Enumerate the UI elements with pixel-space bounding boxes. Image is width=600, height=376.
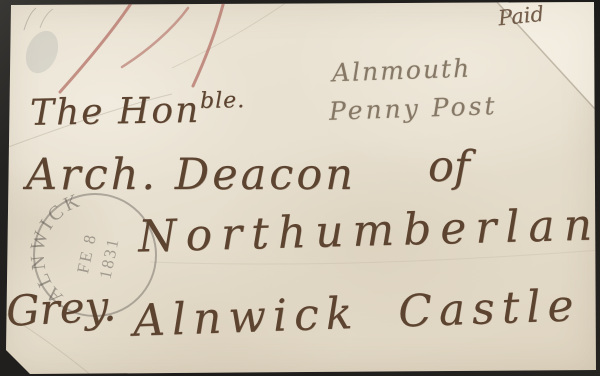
ink-smudge <box>20 26 64 78</box>
frank-signature: Grey. <box>5 281 117 336</box>
red-charge-stroke <box>60 2 132 92</box>
crease-line <box>172 0 290 68</box>
address-line-of: of <box>428 142 470 192</box>
photo-backdrop: ALNWICK FE 8 1831 Alnmouth Penny Post Pa… <box>0 0 600 376</box>
envelope-paper: ALNWICK FE 8 1831 Alnmouth Penny Post Pa… <box>0 0 600 376</box>
paid-annotation: Paid <box>497 2 545 31</box>
pencil-mark <box>40 9 53 28</box>
datestamp-year: 1831 <box>96 235 123 280</box>
address-line-archdeacon: Arch. Deacon <box>26 150 356 200</box>
penny-post-handstamp-line1: Alnmouth <box>332 54 472 88</box>
penny-post-handstamp-line2: Penny Post <box>329 91 498 126</box>
honorific-main: The Hon <box>30 90 201 134</box>
address-honorific: The Honble. <box>30 88 246 134</box>
red-charge-stroke <box>122 8 188 67</box>
honorific-superscript: ble. <box>200 88 246 114</box>
pencil-mark <box>24 8 36 30</box>
